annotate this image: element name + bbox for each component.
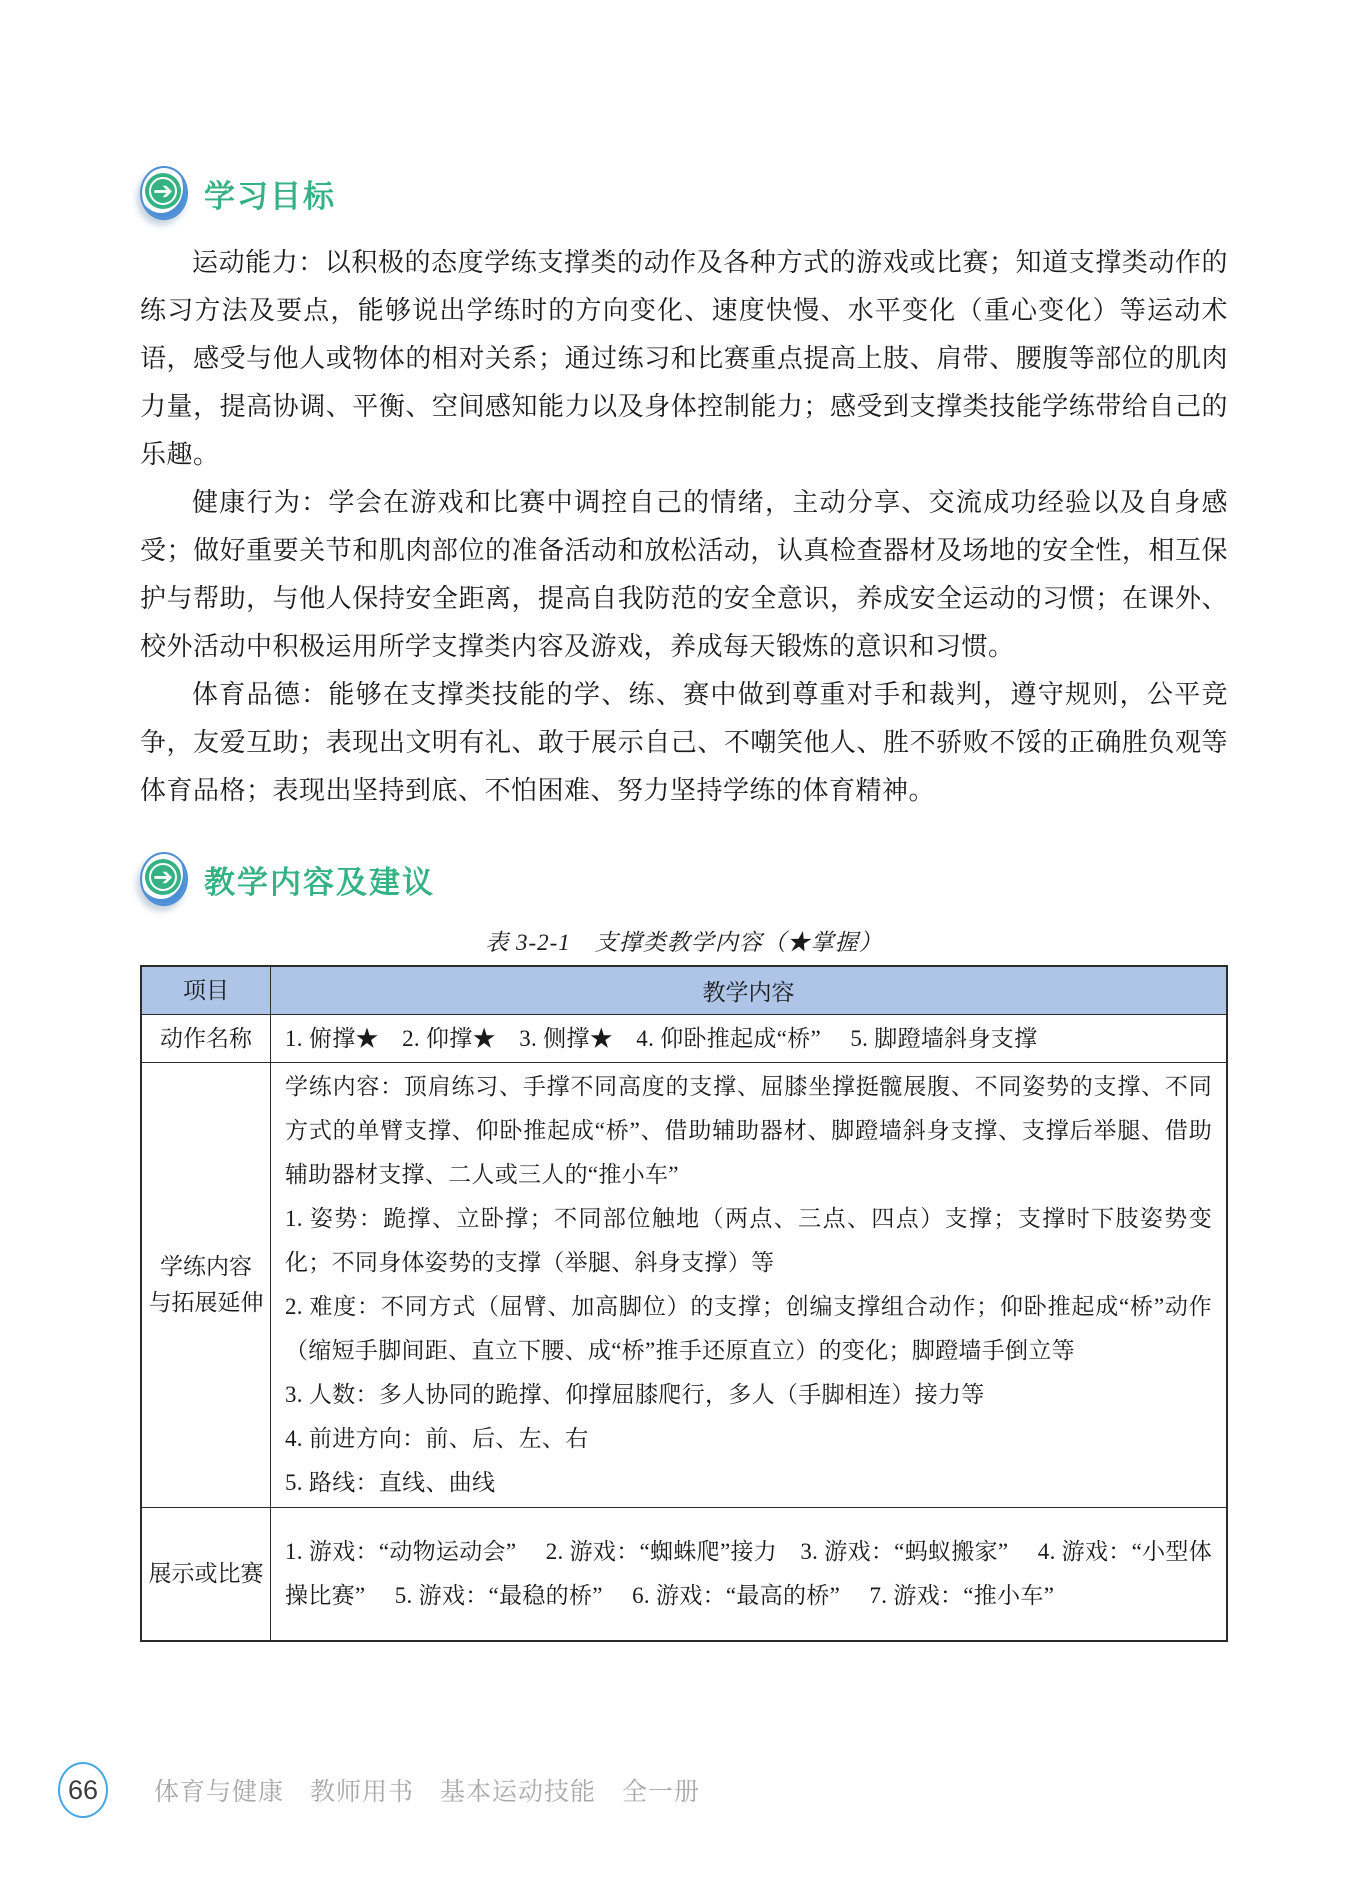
table-header-row: 项目 教学内容 bbox=[142, 967, 1226, 1014]
practice-paragraph: 学练内容：顶肩练习、手撑不同高度的支撑、屈膝坐撑挺髋展腹、不同姿势的支撑、不同方… bbox=[285, 1065, 1212, 1197]
table-row-practice-content: 学练内容 与拓展延伸 学练内容：顶肩练习、手撑不同高度的支撑、屈膝坐撑挺髋展腹、… bbox=[142, 1062, 1226, 1507]
paragraph-motor-ability: 运动能力：以积极的态度学练支撑类的动作及各种方式的游戏或比赛；知道支撑类动作的练… bbox=[140, 239, 1228, 479]
row-label-practice-line1: 学练内容 bbox=[160, 1249, 252, 1285]
row-content-action-names: 1. 俯撑★ 2. 仰撑★ 3. 侧撑★ 4. 仰卧推起成“桥” 5. 脚蹬墙斜… bbox=[271, 1015, 1226, 1062]
row-label-action-names: 动作名称 bbox=[142, 1015, 271, 1062]
table-header-cell-item: 项目 bbox=[142, 967, 271, 1014]
action-names-line: 1. 俯撑★ 2. 仰撑★ 3. 侧撑★ 4. 仰卧推起成“桥” 5. 脚蹬墙斜… bbox=[285, 1017, 1212, 1061]
practice-paragraph: 2. 难度：不同方式（屈臂、加高脚位）的支撑；创编支撑组合动作；仰卧推起成“桥”… bbox=[285, 1285, 1212, 1373]
paragraph-health-behavior: 健康行为：学会在游戏和比赛中调控自己的情绪，主动分享、交流成功经验以及自身感受；… bbox=[140, 479, 1228, 671]
arrow-icon-background: ➔ bbox=[145, 859, 181, 895]
table-row-action-names: 动作名称 1. 俯撑★ 2. 仰撑★ 3. 侧撑★ 4. 仰卧推起成“桥” 5.… bbox=[142, 1014, 1226, 1062]
arrow-right-circle-icon: ➔ bbox=[140, 166, 188, 220]
learning-goals-body: 运动能力：以积极的态度学练支撑类的动作及各种方式的游戏或比赛；知道支撑类动作的练… bbox=[140, 239, 1228, 815]
practice-paragraph: 1. 姿势：跪撑、立卧撑；不同部位触地（两点、三点、四点）支撑；支撑时下肢姿势变… bbox=[285, 1197, 1212, 1285]
row-content-show-or-compete: 1. 游戏：“动物运动会” 2. 游戏：“蜘蛛爬”接力 3. 游戏：“蚂蚁搬家”… bbox=[271, 1508, 1226, 1640]
row-content-practice: 学练内容：顶肩练习、手撑不同高度的支撑、屈膝坐撑挺髋展腹、不同姿势的支撑、不同方… bbox=[271, 1063, 1226, 1507]
row-label-practice-content: 学练内容 与拓展延伸 bbox=[142, 1063, 271, 1507]
page-content: ➔ 学习目标 运动能力：以积极的态度学练支撑类的动作及各种方式的游戏或比赛；知道… bbox=[140, 165, 1228, 1642]
arrow-right-circle-icon: ➔ bbox=[140, 852, 188, 906]
table-header-cell-content: 教学内容 bbox=[271, 967, 1226, 1014]
section-title-teaching-content: 教学内容及建议 bbox=[204, 857, 435, 902]
row-label-show-or-compete: 展示或比赛 bbox=[142, 1508, 271, 1640]
textbook-page: ➔ 学习目标 运动能力：以积极的态度学练支撑类的动作及各种方式的游戏或比赛；知道… bbox=[0, 0, 1359, 1891]
table-row-show-or-compete: 展示或比赛 1. 游戏：“动物运动会” 2. 游戏：“蜘蛛爬”接力 3. 游戏：… bbox=[142, 1507, 1226, 1640]
section-title-learning-goals: 学习目标 bbox=[204, 171, 336, 216]
arrow-icon-background: ➔ bbox=[145, 173, 181, 209]
arrow-glyph: ➔ bbox=[149, 863, 177, 891]
paragraph-sports-morality: 体育品德：能够在支撑类技能的学、练、赛中做到尊重对手和裁判，遵守规则，公平竞争，… bbox=[140, 671, 1228, 815]
practice-paragraph: 4. 前进方向：前、后、左、右 bbox=[285, 1417, 1212, 1461]
arrow-glyph: ➔ bbox=[149, 177, 177, 205]
page-number-badge: 66 bbox=[58, 1762, 108, 1818]
section-header-teaching-content: ➔ 教学内容及建议 bbox=[140, 851, 1228, 907]
table-caption: 表 3-2-1 支撑类教学内容（★掌握） bbox=[140, 923, 1228, 963]
footer-book-title: 体育与健康 教师用书 基本运动技能 全一册 bbox=[154, 1772, 700, 1808]
show-or-compete-line: 1. 游戏：“动物运动会” 2. 游戏：“蜘蛛爬”接力 3. 游戏：“蚂蚁搬家”… bbox=[285, 1530, 1212, 1618]
section-header-learning-goals: ➔ 学习目标 bbox=[140, 165, 1228, 221]
practice-paragraph: 5. 路线：直线、曲线 bbox=[285, 1461, 1212, 1505]
teaching-content-table: 项目 教学内容 动作名称 1. 俯撑★ 2. 仰撑★ 3. 侧撑★ 4. 仰卧推… bbox=[140, 965, 1228, 1642]
practice-paragraph: 3. 人数：多人协同的跪撑、仰撑屈膝爬行，多人（手脚相连）接力等 bbox=[285, 1373, 1212, 1417]
row-label-practice-line2: 与拓展延伸 bbox=[149, 1285, 264, 1321]
page-footer: 66 体育与健康 教师用书 基本运动技能 全一册 bbox=[58, 1762, 700, 1818]
